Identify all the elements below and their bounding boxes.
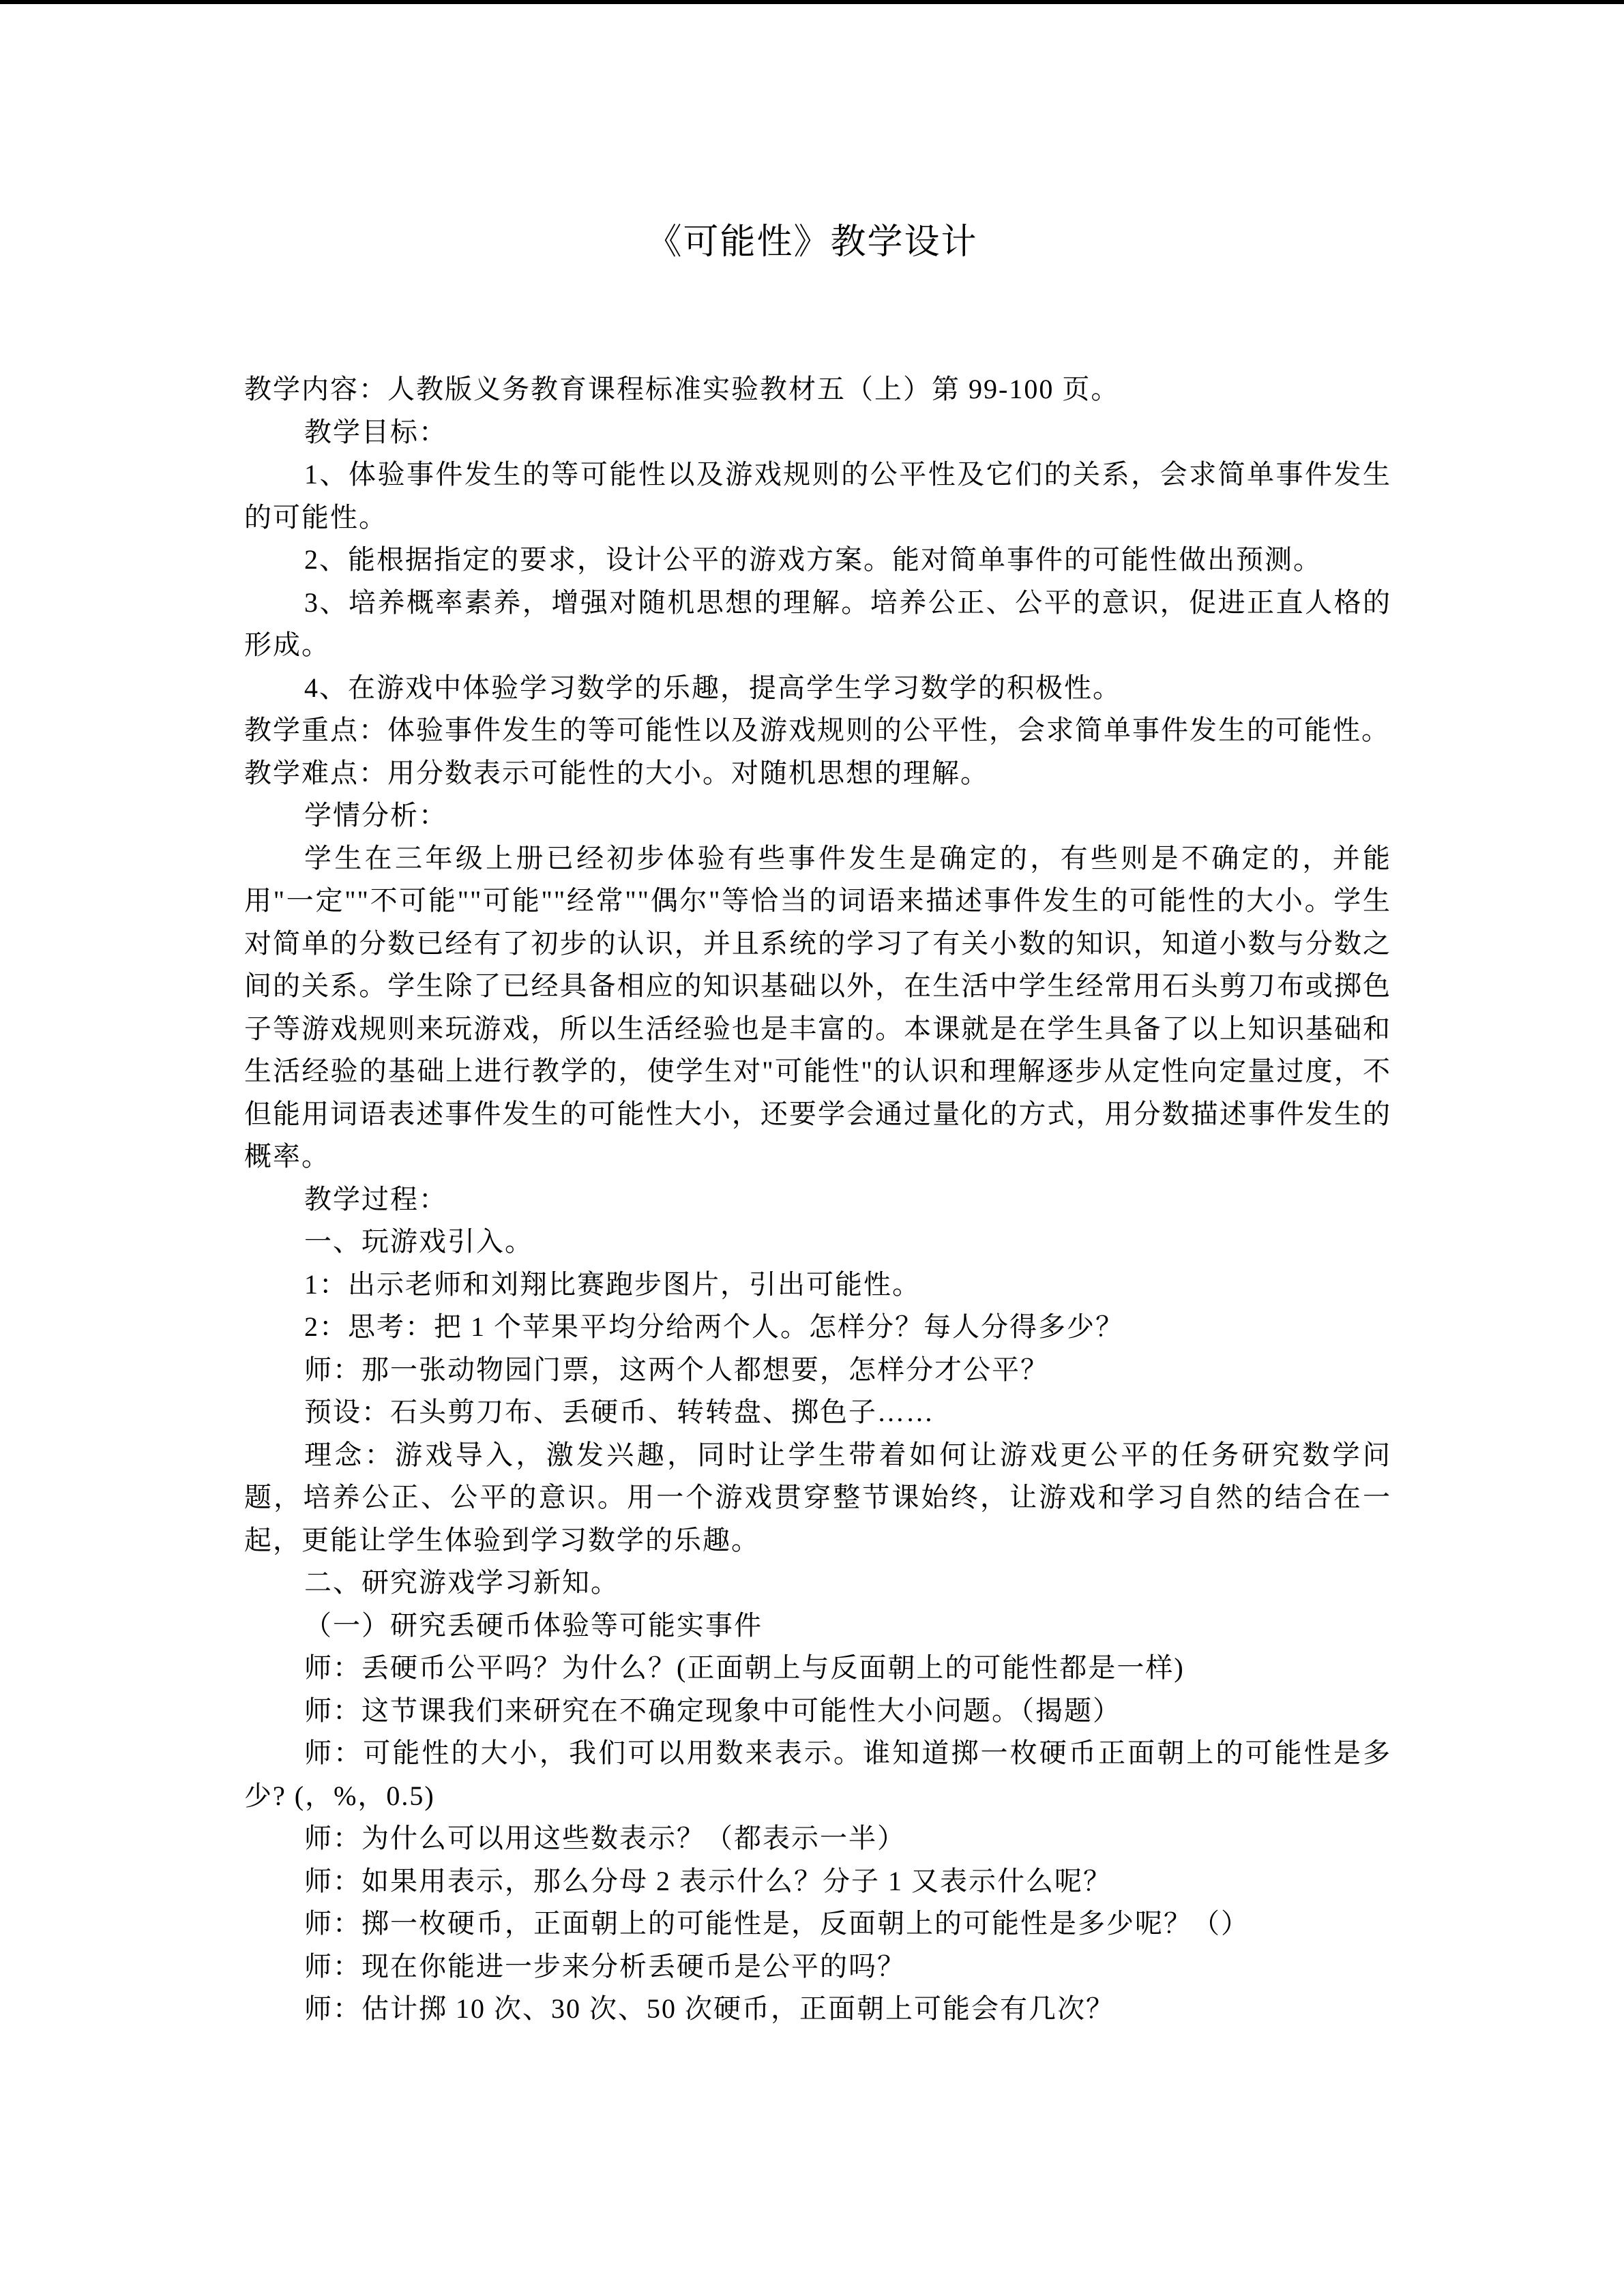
paragraph: 师：如果用表示，那么分母 2 表示什么？分子 1 又表示什么呢？ bbox=[244, 1860, 1391, 1903]
document-body: 教学内容：人教版义务教育课程标准实验教材五（上）第 99-100 页。教学目标：… bbox=[244, 368, 1391, 2031]
paragraph: 一、玩游戏引入。 bbox=[244, 1221, 1391, 1264]
paragraph: 理念：游戏导入，激发兴趣，同时让学生带着如何让游戏更公平的任务研究数学问题，培养… bbox=[244, 1434, 1391, 1562]
paragraph: 教学目标： bbox=[244, 411, 1391, 454]
paragraph: 2、能根据指定的要求，设计公平的游戏方案。能对简单事件的可能性做出预测。 bbox=[244, 539, 1391, 582]
paragraph: 4、在游戏中体验学习数学的乐趣，提高学生学习数学的积极性。 bbox=[244, 667, 1391, 710]
paragraph: 教学过程： bbox=[244, 1178, 1391, 1221]
paragraph: 二、研究游戏学习新知。 bbox=[244, 1562, 1391, 1605]
paragraph: 教学内容：人教版义务教育课程标准实验教材五（上）第 99-100 页。 bbox=[244, 368, 1391, 411]
paragraph: 师：丢硬币公平吗？为什么？(正面朝上与反面朝上的可能性都是一样) bbox=[244, 1647, 1391, 1690]
paragraph: 学生在三年级上册已经初步体验有些事件发生是确定的，有些则是不确定的，并能用"一定… bbox=[244, 837, 1391, 1178]
paragraph: 2：思考：把 1 个苹果平均分给两个人。怎样分？每人分得多少？ bbox=[244, 1306, 1391, 1349]
paragraph: 1：出示老师和刘翔比赛跑步图片，引出可能性。 bbox=[244, 1264, 1391, 1307]
document-page: 《可能性》教学设计 教学内容：人教版义务教育课程标准实验教材五（上）第 99-1… bbox=[0, 0, 1624, 2296]
document-title: 《可能性》教学设计 bbox=[0, 0, 1624, 269]
paragraph: 师：现在你能进一步来分析丢硬币是公平的吗？ bbox=[244, 1945, 1391, 1988]
top-border-bar bbox=[0, 0, 1624, 4]
paragraph: 教学难点：用分数表示可能性的大小。对随机思想的理解。 bbox=[244, 752, 1391, 795]
paragraph: 学情分析： bbox=[244, 794, 1391, 837]
paragraph: 师：为什么可以用这些数表示？（都表示一半） bbox=[244, 1817, 1391, 1860]
paragraph: 3、培养概率素养，增强对随机思想的理解。培养公正、公平的意识，促进正直人格的形成… bbox=[244, 582, 1391, 667]
paragraph: 教学重点：体验事件发生的等可能性以及游戏规则的公平性，会求简单事件发生的可能性。 bbox=[244, 709, 1391, 752]
paragraph: 师：这节课我们来研究在不确定现象中可能性大小问题。（揭题） bbox=[244, 1690, 1391, 1733]
paragraph: 师：掷一枚硬币，正面朝上的可能性是，反面朝上的可能性是多少呢？（） bbox=[244, 1903, 1391, 1945]
paragraph: （一）研究丢硬币体验等可能实事件 bbox=[244, 1605, 1391, 1648]
paragraph: 师：估计掷 10 次、30 次、50 次硬币，正面朝上可能会有几次？ bbox=[244, 1988, 1391, 2031]
paragraph: 师：可能性的大小，我们可以用数来表示。谁知道掷一枚硬币正面朝上的可能性是多少? … bbox=[244, 1732, 1391, 1817]
paragraph: 师：那一张动物园门票，这两个人都想要，怎样分才公平？ bbox=[244, 1349, 1391, 1392]
paragraph: 1、体验事件发生的等可能性以及游戏规则的公平性及它们的关系，会求简单事件发生的可… bbox=[244, 453, 1391, 539]
paragraph: 预设：石头剪刀布、丢硬币、转转盘、掷色子…… bbox=[244, 1391, 1391, 1434]
